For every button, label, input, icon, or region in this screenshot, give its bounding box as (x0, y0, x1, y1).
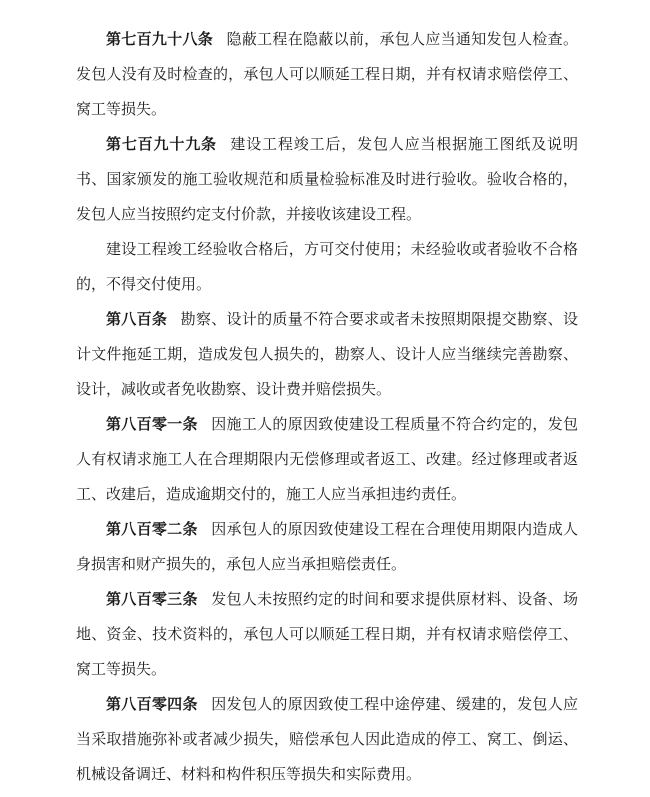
article-799-number: 第七百九十九条 (106, 137, 217, 153)
article-799-continued-paragraph: 建设工程竣工经验收合格后，方可交付使用；未经验收或者验收不合格的，不得交付使用。 (76, 233, 578, 303)
article-800-paragraph: 第八百条勘察、设计的质量不符合要求或者未按照期限提交勘察、设计文件拖延工期，造成… (76, 303, 578, 408)
article-798-paragraph: 第七百九十八条隐蔽工程在隐蔽以前，承包人应当通知发包人检查。发包人没有及时检查的… (76, 23, 578, 128)
article-802-number: 第八百零二条 (106, 522, 198, 538)
article-801-paragraph: 第八百零一条因施工人的原因致使建设工程质量不符合约定的，发包人有权请求施工人在合… (76, 408, 578, 513)
article-804-paragraph: 第八百零四条因发包人的原因致使工程中途停建、缓建的，发包人应当采取措施弥补或者减… (76, 688, 578, 793)
article-803-number: 第八百零三条 (106, 592, 198, 608)
article-803-paragraph: 第八百零三条发包人未按照约定的时间和要求提供原材料、设备、场地、资金、技术资料的… (76, 583, 578, 688)
article-798-number: 第七百九十八条 (106, 32, 213, 48)
document-page: 第七百九十八条隐蔽工程在隐蔽以前，承包人应当通知发包人检查。发包人没有及时检查的… (0, 0, 650, 797)
article-800-number: 第八百条 (106, 312, 167, 328)
article-799-paragraph: 第七百九十九条建设工程竣工后，发包人应当根据施工图纸及说明书、国家颁发的施工验收… (76, 128, 578, 233)
article-802-paragraph: 第八百零二条因承包人的原因致使建设工程在合理使用期限内造成人身损害和财产损失的，… (76, 513, 578, 583)
article-804-number: 第八百零四条 (106, 697, 198, 713)
article-801-number: 第八百零一条 (106, 417, 198, 433)
article-799-continued-text: 建设工程竣工经验收合格后，方可交付使用；未经验收或者验收不合格的，不得交付使用。 (76, 242, 578, 293)
